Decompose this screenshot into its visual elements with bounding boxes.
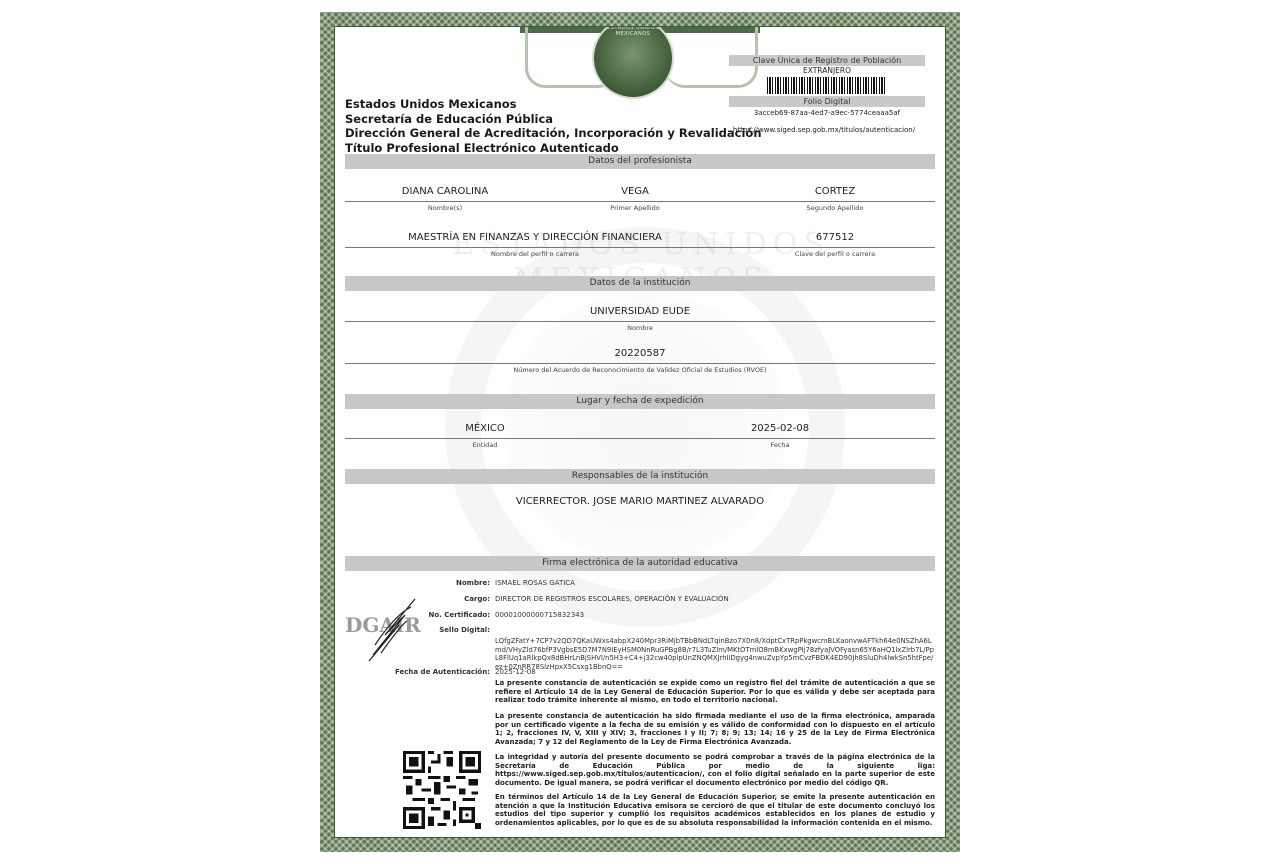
certificado-label: No. Certificado: [365,611,490,619]
certificate-page: ESTADOS UNIDOS MEXICANOS ESTADOS UNIDOS … [320,12,960,852]
section-expedicion: Lugar y fecha de expedición [345,394,935,409]
entidad-label: Entidad [415,441,555,449]
header-line: Secretaría de Educación Pública [345,112,762,127]
divider [345,438,935,439]
curp-value: EXTRANJERO [729,66,925,75]
firmante-nombre-value: ISMAEL ROSAS GATICA [495,579,575,587]
sello-digital-value: LQfgZFatY+7CP7v2QD7QKaUWxs4abpX240Mpr3Ri… [495,637,935,671]
section-profesionista: Datos del profesionista [345,154,935,169]
header-line: Estados Unidos Mexicanos [345,97,762,112]
issuer-header: Estados Unidos Mexicanos Secretaría de E… [345,97,762,155]
fecha-expedicion-label: Fecha [710,441,850,449]
sello-label: Sello Digital: [365,626,490,634]
carrera-label: Nombre del perfil o carrera [375,250,695,258]
nombre-label: Nombre(s) [375,204,515,212]
entidad-value: MÉXICO [415,423,555,434]
legal-paragraph: La integridad y autoría del presente doc… [495,753,935,787]
section-institucion: Datos de la institución [345,276,935,291]
certificate-body: ESTADOS UNIDOS MEXICANOS ESTADOS UNIDOS … [334,26,946,838]
institucion-nombre-value: UNIVERSIDAD EUDE [345,306,935,317]
document-title: Título Profesional Electrónico Autentica… [345,141,762,156]
divider [345,247,935,248]
legal-paragraph: La presente constancia de autenticación … [495,712,935,746]
segundo-apellido-label: Segundo Apellido [765,204,905,212]
responsable-value: VICERRECTOR. JOSE MARIO MARTINEZ ALVARAD… [345,496,935,507]
qr-code-icon[interactable] [403,751,481,829]
section-firma: Firma electrónica de la autoridad educat… [345,556,935,571]
rvoe-value: 20220587 [345,348,935,359]
verification-link[interactable]: https://www.siged.sep.gob.mx/titulos/aut… [723,126,925,134]
carrera-value: MAESTRÍA EN FINANZAS Y DIRECCIÓN FINANCI… [375,232,695,243]
primer-apellido-label: Primer Apellido [565,204,705,212]
institucion-nombre-label: Nombre [345,324,935,332]
section-responsables: Responsables de la institución [345,469,935,484]
folio-value: 3acceb69-87aa-4ed7-a9ec-5774ceaaa5af [729,109,925,117]
segundo-apellido-value: CORTEZ [765,186,905,197]
certificado-value: 00001000000715832343 [495,611,584,619]
cargo-value: DIRECTOR DE REGISTROS ESCOLARES, OPERACI… [495,595,729,603]
clave-carrera-value: 677512 [765,232,905,243]
divider [345,363,935,364]
primer-apellido-value: VEGA [565,186,705,197]
rvoe-label: Número del Acuerdo de Reconocimiento de … [345,366,935,374]
clave-carrera-label: Clave del perfil o carrera [765,250,905,258]
cargo-label: Cargo: [365,595,490,603]
fecha-expedicion-value: 2025-02-08 [710,423,850,434]
seal-text: ESTADOS UNIDOS MEXICANOS [594,26,672,37]
nombre-value: DIANA CAROLINA [375,186,515,197]
national-seal-icon: ESTADOS UNIDOS MEXICANOS [592,26,674,99]
fecha-autenticacion-label: Fecha de Autenticación: [365,668,490,676]
header-line: Dirección General de Acreditación, Incor… [345,126,762,141]
legal-paragraph: En términos del Artículo 14 de la Ley Ge… [495,793,935,827]
legal-paragraph: La presente constancia de autenticación … [495,679,935,705]
registry-box: Clave Única de Registro de Población EXT… [729,55,925,134]
divider [345,321,935,322]
folio-label: Folio Digital [729,96,925,107]
divider [345,201,935,202]
fecha-autenticacion-value: 2025-12-08 [495,668,536,676]
barcode-icon [767,77,887,94]
firmante-nombre-label: Nombre: [365,579,490,587]
curp-label: Clave Única de Registro de Población [729,55,925,66]
